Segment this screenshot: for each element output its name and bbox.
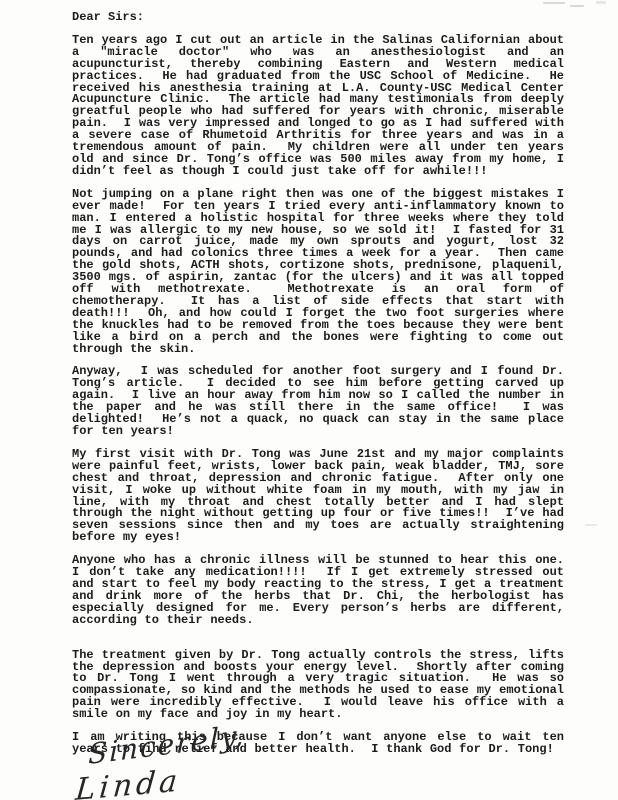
handwritten-signature: Sincerely, Linda — [88, 738, 246, 800]
letter-body: Dear Sirs: Ten years ago I cut out an ar… — [72, 12, 564, 756]
scan-artifact — [585, 524, 597, 526]
paragraph-4: My first visit with Dr. Tong was June 21… — [72, 449, 564, 544]
salutation: Dear Sirs: — [72, 12, 564, 24]
paragraph-1: Ten years ago I cut out an article in th… — [72, 35, 564, 178]
paragraph-2: Not jumping on a plane right then was on… — [72, 189, 564, 356]
scan-artifact — [543, 2, 565, 4]
letter-page: Dear Sirs: Ten years ago I cut out an ar… — [0, 0, 618, 800]
paragraph-5: Anyone who has a chronic illness will be… — [72, 555, 564, 626]
paragraph-6: The treatment given by Dr. Tong actually… — [72, 650, 564, 721]
scan-artifact — [596, 1, 606, 4]
paragraph-3: Anyway, I was scheduled for another foot… — [72, 366, 564, 437]
scan-artifact — [570, 5, 584, 7]
